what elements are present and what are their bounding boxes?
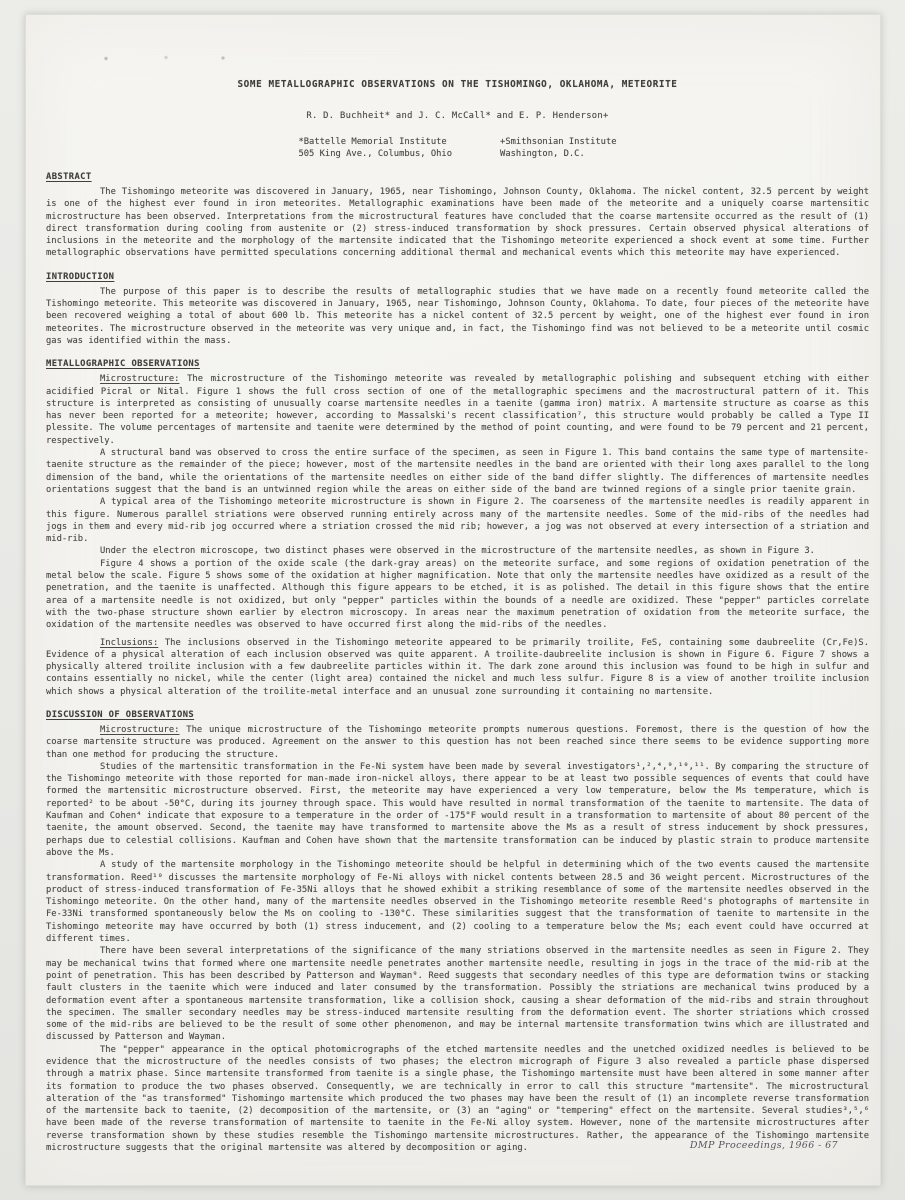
- paragraph-text: A study of the martensite morphology in …: [46, 860, 869, 944]
- affiliation-line: Washington, D.C.: [500, 148, 617, 160]
- paragraph-text: Figure 4 shows a portion of the oxide sc…: [46, 559, 869, 630]
- paper-sheet: SOME METALLOGRAPHIC OBSERVATIONS ON THE …: [25, 14, 881, 1186]
- paragraph-text: Under the electron microscope, two disti…: [100, 546, 815, 556]
- section-heading: ABSTRACT: [46, 172, 869, 182]
- paragraph-microstructure: Microstructure: The microstructure of th…: [46, 373, 869, 447]
- paragraph: Figure 4 shows a portion of the oxide sc…: [46, 558, 869, 632]
- paragraph-microstructure-discussion: Microstructure: The unique microstructur…: [46, 724, 869, 761]
- scanned-page: SOME METALLOGRAPHIC OBSERVATIONS ON THE …: [0, 0, 905, 1200]
- paragraph-text: Studies of the martensitic transformatio…: [46, 762, 869, 858]
- affiliation-line: +Smithsonian Institute: [500, 136, 617, 148]
- paragraph: Studies of the martensitic transformatio…: [46, 761, 869, 859]
- section-heading: INTRODUCTION: [46, 272, 869, 282]
- paragraph: There have been several interpretations …: [46, 945, 869, 1043]
- paragraph: The "pepper" appearance in the optical p…: [46, 1044, 869, 1155]
- subsection-label: Microstructure:: [100, 725, 179, 735]
- section-heading: METALLOGRAPHIC OBSERVATIONS: [46, 359, 869, 369]
- paragraph: A typical area of the Tishomingo meteori…: [46, 496, 869, 545]
- affiliation-line: *Battelle Memorial Institute: [298, 136, 452, 148]
- section-metallographic-observations: METALLOGRAPHIC OBSERVATIONS Microstructu…: [46, 359, 869, 698]
- paragraph-text: The "pepper" appearance in the optical p…: [46, 1045, 869, 1153]
- affiliation-smithsonian: +Smithsonian Institute Washington, D.C.: [500, 136, 617, 160]
- affiliations: *Battelle Memorial Institute 505 King Av…: [46, 136, 869, 160]
- paragraph: Under the electron microscope, two disti…: [46, 545, 869, 557]
- paragraph-text: The inclusions observed in the Tishoming…: [46, 638, 869, 697]
- paragraph-text: A typical area of the Tishomingo meteori…: [46, 497, 869, 544]
- section-abstract: ABSTRACT The Tishomingo meteorite was di…: [46, 172, 869, 260]
- paragraph-text: There have been several interpretations …: [46, 946, 869, 1042]
- paragraph: The Tishomingo meteorite was discovered …: [46, 186, 869, 260]
- paragraph: The purpose of this paper is to describe…: [46, 286, 869, 347]
- footer-citation: DMP Proceedings, 1966 - 67: [690, 1140, 838, 1151]
- paragraph: A study of the martensite morphology in …: [46, 859, 869, 945]
- author-line: R. D. Buchheit* and J. C. McCall* and E.…: [46, 111, 869, 121]
- section-heading: DISCUSSION OF OBSERVATIONS: [46, 710, 869, 720]
- affiliation-line: 505 King Ave., Columbus, Ohio: [298, 148, 452, 160]
- paper-title: SOME METALLOGRAPHIC OBSERVATIONS ON THE …: [46, 79, 869, 90]
- section-discussion-of-observations: DISCUSSION OF OBSERVATIONS Microstructur…: [46, 710, 869, 1154]
- paragraph-text: The microstructure of the Tishomingo met…: [46, 374, 869, 445]
- subsection-label: Inclusions:: [100, 638, 158, 648]
- paragraph-text: A structural band was observed to cross …: [46, 448, 869, 495]
- paragraph-text: The purpose of this paper is to describe…: [46, 287, 869, 346]
- section-introduction: INTRODUCTION The purpose of this paper i…: [46, 272, 869, 347]
- paragraph-text: The Tishomingo meteorite was discovered …: [46, 187, 869, 258]
- paragraph-inclusions: Inclusions: The inclusions observed in t…: [46, 637, 869, 698]
- paragraph: A structural band was observed to cross …: [46, 447, 869, 496]
- page-content: SOME METALLOGRAPHIC OBSERVATIONS ON THE …: [46, 15, 869, 1154]
- subsection-label: Microstructure:: [100, 374, 179, 384]
- affiliation-battelle: *Battelle Memorial Institute 505 King Av…: [298, 136, 452, 160]
